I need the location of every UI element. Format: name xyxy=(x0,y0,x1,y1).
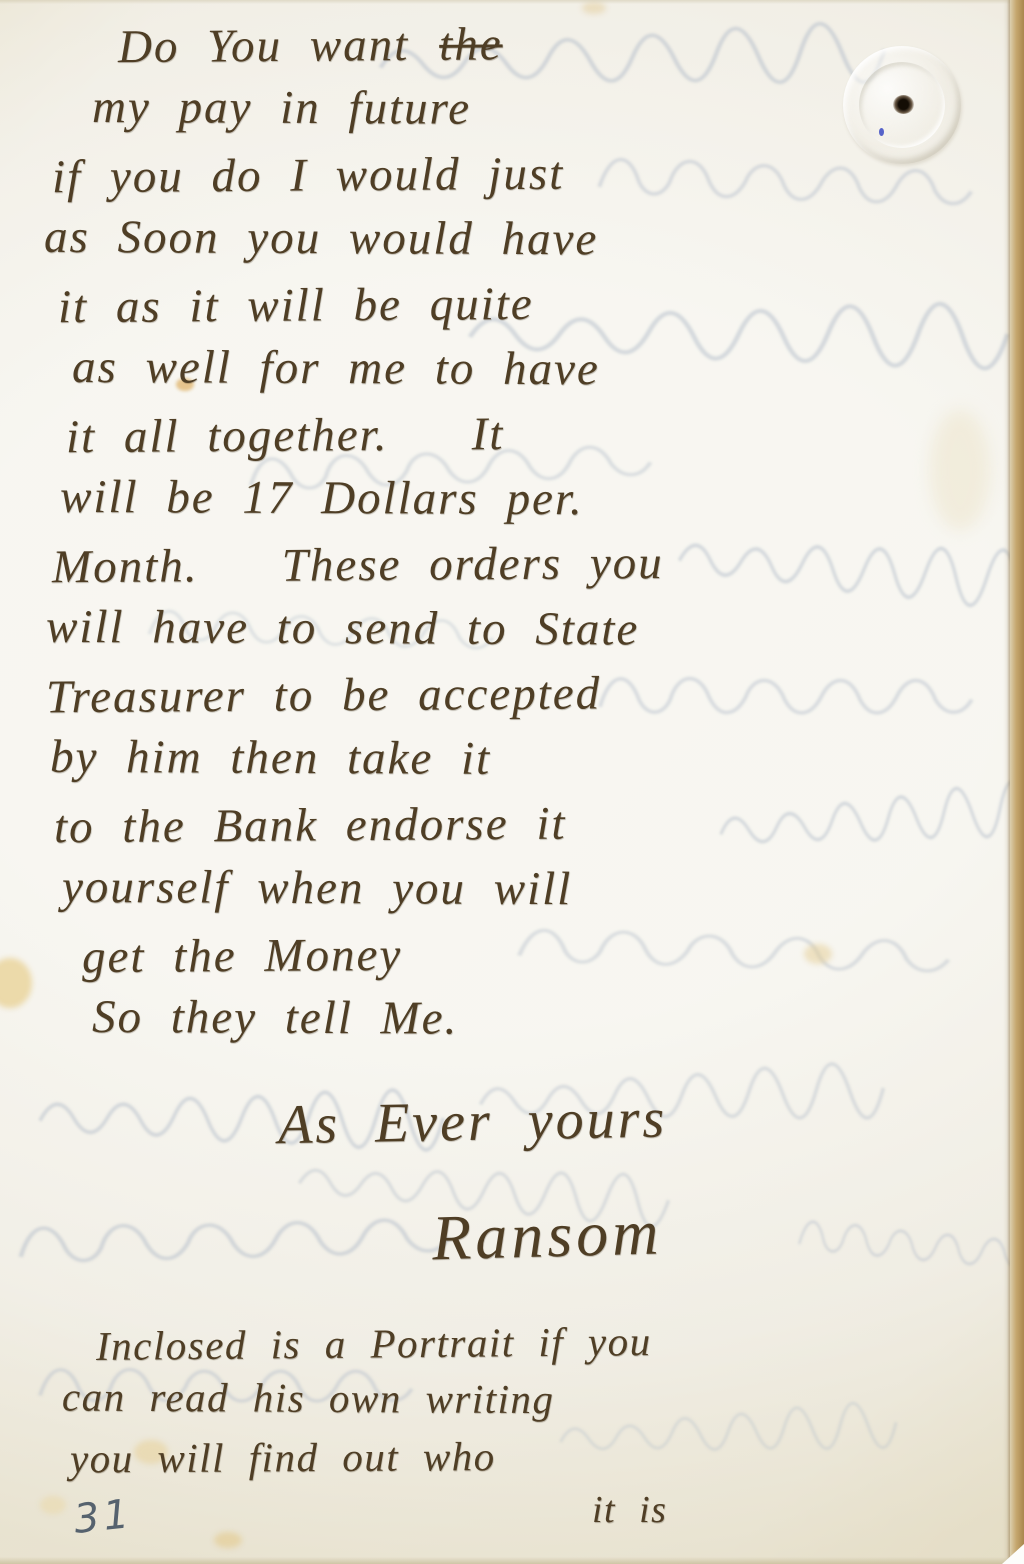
letter-line: will have to send to State xyxy=(46,595,1000,664)
letter-line: by him then take it xyxy=(50,725,1000,794)
letter-line: Treasurer to be accepted xyxy=(46,659,1000,731)
page-edge-right xyxy=(1010,0,1024,1564)
letter-page: Do You wantthe my pay in future if you d… xyxy=(0,0,1024,1564)
letter-closing: As Ever yours xyxy=(277,1072,1000,1167)
postscript-line: it is xyxy=(592,1485,1000,1535)
letter-line: if you do I would just xyxy=(52,139,1000,211)
letter-line: Month. These orders you xyxy=(52,529,1000,601)
letter-line: it all together. It xyxy=(66,399,1000,471)
letter-line: my pay in future xyxy=(92,75,1000,144)
postscript-line: can read his own writing xyxy=(62,1369,1000,1431)
letter-line: to the Bank endorse it xyxy=(54,789,1000,861)
page-edge-bottom xyxy=(0,1557,1014,1564)
page-edge-top xyxy=(0,0,1014,4)
letter-text: Do You wantthe my pay in future if you d… xyxy=(0,12,1000,1535)
letter-line: So they tell Me. xyxy=(92,985,1000,1054)
letter-line: Do You wantthe xyxy=(118,9,1000,80)
postscript-line: Inclosed is a Portrait if you xyxy=(96,1310,1000,1375)
postscript-line: you will find out who xyxy=(70,1426,1000,1488)
letter-line: will be 17 Dollars per. xyxy=(60,465,1000,534)
letter-line: as Soon you would have xyxy=(44,205,1000,274)
letter-line: get the Money xyxy=(82,919,1000,990)
letter-line-text: Do You want xyxy=(118,19,410,73)
letter-line: as well for me to have xyxy=(72,335,1000,404)
letter-line: it as it will be quite xyxy=(58,269,1000,341)
letter-line: yourself when you will xyxy=(62,855,1000,924)
strikethrough-word: the xyxy=(439,18,503,70)
page-number: 31 xyxy=(72,1491,135,1543)
signature: Ransom xyxy=(431,1175,1001,1288)
